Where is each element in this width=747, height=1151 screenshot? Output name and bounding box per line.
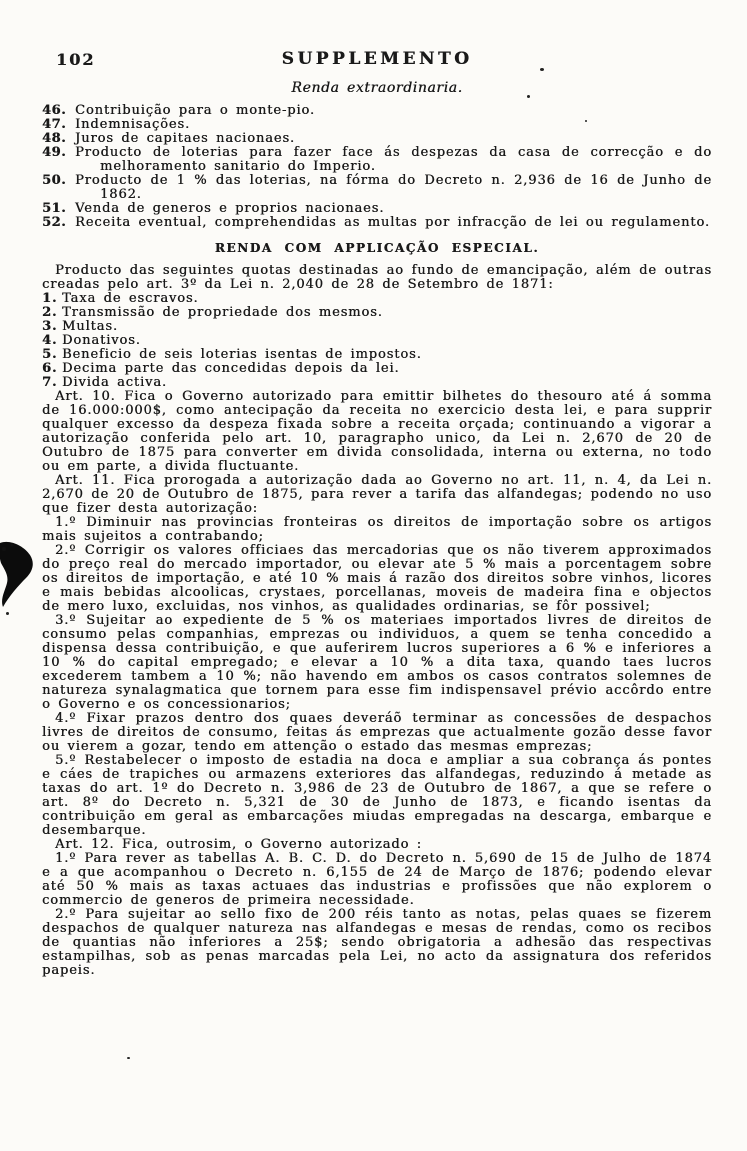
article-label: Art. 10. <box>55 389 116 404</box>
page-subtitle: Renda extraordinaria. <box>42 81 712 95</box>
intro-paragraph: Producto das seguintes quotas destinadas… <box>42 264 712 292</box>
page-title: SUPPLEMENTO <box>42 52 712 66</box>
item-number: 49. <box>42 146 75 160</box>
item-text: Beneficio de seis loterias isentas de im… <box>62 347 422 362</box>
emancipation-quota-list: 1.Taxa de escravos. 2.Transmissão de pro… <box>42 292 712 390</box>
article-paragraph: 1.º Diminuir nas provincias fronteiras o… <box>42 516 712 544</box>
article-label: Art. 11. <box>55 473 115 488</box>
item-text: Multas. <box>62 319 118 334</box>
item-text: Producto de loterias para fazer face ás … <box>75 145 712 174</box>
item-number: 51. <box>42 202 75 216</box>
article-label: 2.º <box>55 907 76 922</box>
page-header: 102 SUPPLEMENTO <box>42 52 712 74</box>
ink-speck <box>540 68 544 71</box>
article-paragraph: Art. 11. Fica prorogada a autorização da… <box>42 474 712 516</box>
item-number: 1. <box>42 292 62 306</box>
article-label: 1.º <box>55 851 76 866</box>
item-number: 5. <box>42 348 62 362</box>
item-text: Divida activa. <box>62 375 167 390</box>
item-number: 4. <box>42 334 62 348</box>
list-item: 48.Juros de capitaes nacionaes. <box>42 132 712 146</box>
article-paragraph: Art. 12. Fica, outrosim, o Governo autor… <box>42 838 712 852</box>
item-text: Producto de 1 % das loterias, na fórma d… <box>75 173 712 202</box>
list-item: 2.Transmissão de propriedade dos mesmos. <box>42 306 712 320</box>
article-text: Restabelecer o imposto de estadia na doc… <box>42 753 712 838</box>
item-text: Decima parte das concedidas depois da le… <box>62 361 399 376</box>
scanned-document-page: { "colors": { "paper": "#fcfbf8", "ink":… <box>0 0 747 1151</box>
article-paragraph: 2.º Corrigir os valores officiaes das me… <box>42 544 712 614</box>
item-number: 3. <box>42 320 62 334</box>
article-label: 3.º <box>55 613 76 628</box>
list-item: 52.Receita eventual, comprehendidas as m… <box>42 216 712 230</box>
article-paragraph: 2.º Para sujeitar ao sello fixo de 200 r… <box>42 908 712 978</box>
section-heading: RENDA COM APPLICAÇÃO ESPECIAL. <box>42 241 712 255</box>
ink-speck <box>585 120 587 122</box>
list-item: 4.Donativos. <box>42 334 712 348</box>
item-text: Venda de generos e proprios nacionaes. <box>75 201 384 216</box>
item-text: Receita eventual, comprehendidas as mult… <box>75 215 710 230</box>
page-content: 102 SUPPLEMENTO Renda extraordinaria. 46… <box>42 52 712 978</box>
list-item: 47.Indemnisações. <box>42 118 712 132</box>
item-number: 2. <box>42 306 62 320</box>
article-label: Art. 12. <box>55 837 114 852</box>
item-text: Donativos. <box>62 333 141 348</box>
item-number: 46. <box>42 104 75 118</box>
ink-speck <box>127 1057 130 1059</box>
article-label: 1.º <box>55 515 76 530</box>
item-text: Taxa de escravos. <box>62 291 198 306</box>
articles-section: Art. 10. Fica o Governo autorizado para … <box>42 390 712 978</box>
article-text: Para rever as tabellas A. B. C. D. do De… <box>42 851 712 908</box>
item-number: 6. <box>42 362 62 376</box>
article-text: Fixar prazos dentro dos quaes deveráõ te… <box>42 711 712 754</box>
article-text: Para sujeitar ao sello fixo de 200 réis … <box>42 907 712 978</box>
article-paragraph: 3.º Sujeitar ao expediente de 5 % os mat… <box>42 614 712 712</box>
item-number: 7. <box>42 376 62 390</box>
item-text: Juros de capitaes nacionaes. <box>75 131 295 146</box>
list-item: 1.Taxa de escravos. <box>42 292 712 306</box>
page-number: 102 <box>56 53 95 67</box>
list-item: 51.Venda de generos e proprios nacionaes… <box>42 202 712 216</box>
article-label: 5.º <box>55 753 76 768</box>
list-item: 6.Decima parte das concedidas depois da … <box>42 362 712 376</box>
item-number: 52. <box>42 216 75 230</box>
list-item: 5.Beneficio de seis loterias isentas de … <box>42 348 712 362</box>
item-text: Transmissão de propriedade dos mesmos. <box>62 305 383 320</box>
ink-speck <box>527 95 530 98</box>
item-number: 47. <box>42 118 75 132</box>
list-item: 3.Multas. <box>42 320 712 334</box>
article-paragraph: Art. 10. Fica o Governo autorizado para … <box>42 390 712 474</box>
list-item: 49.Producto de loterias para fazer face … <box>42 146 712 174</box>
extraordinary-revenue-list: 46.Contribuição para o monte-pio. 47.Ind… <box>42 104 712 230</box>
article-paragraph: 5.º Restabelecer o imposto de estadia na… <box>42 754 712 838</box>
article-text: Corrigir os valores officiaes das mercad… <box>42 543 712 614</box>
article-paragraph: 1.º Para rever as tabellas A. B. C. D. d… <box>42 852 712 908</box>
article-text: Fica, outrosim, o Governo autorizado : <box>122 837 422 852</box>
list-item: 7.Divida activa. <box>42 376 712 390</box>
article-text: Diminuir nas provincias fronteiras os di… <box>42 515 712 544</box>
article-text: Fica prorogada a autorização dada ao Gov… <box>42 473 712 516</box>
article-text: Sujeitar ao expediente de 5 % os materia… <box>42 613 712 712</box>
item-text: Indemnisações. <box>75 117 190 132</box>
list-item: 50.Producto de 1 % das loterias, na fórm… <box>42 174 712 202</box>
article-text: Fica o Governo autorizado para emittir b… <box>42 389 712 474</box>
article-paragraph: 4.º Fixar prazos dentro dos quaes deverá… <box>42 712 712 754</box>
item-text: Contribuição para o monte-pio. <box>75 103 315 118</box>
item-number: 50. <box>42 174 75 188</box>
article-label: 2.º <box>55 543 76 558</box>
list-item: 46.Contribuição para o monte-pio. <box>42 104 712 118</box>
item-number: 48. <box>42 132 75 146</box>
ink-blot <box>0 541 38 613</box>
ink-speck <box>6 612 9 615</box>
article-label: 4.º <box>55 711 76 726</box>
